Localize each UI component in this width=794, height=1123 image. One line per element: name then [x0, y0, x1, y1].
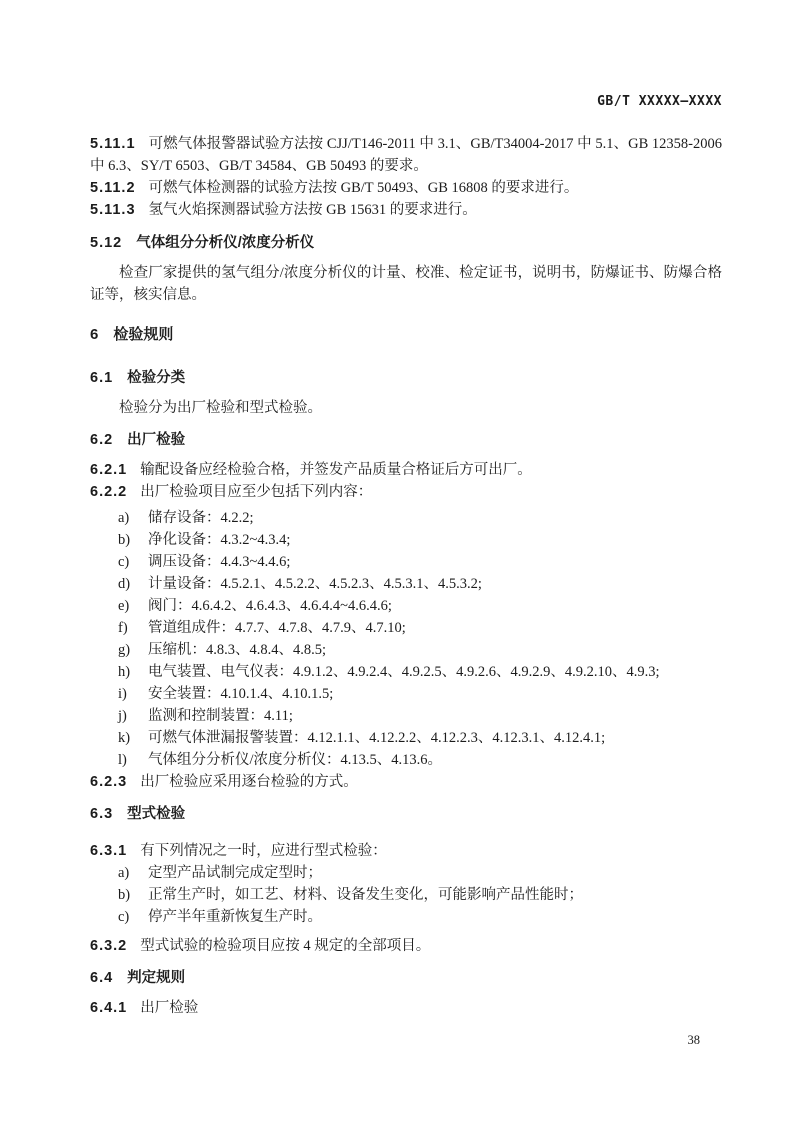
list-item: h)电气装置、电气仪表：4.9.1.2、4.9.2.4、4.9.2.5、4.9.…: [90, 661, 722, 683]
list-6-2-2: a)储存设备：4.2.2; b)净化设备：4.3.2~4.3.4; c)调压设备…: [90, 507, 722, 771]
heading-title: 型式检验: [127, 806, 185, 822]
clause-6-4-1: 6.4.1出厂检验: [90, 997, 722, 1019]
clause-text: 输配设备应经检验合格，并签发产品质量合格证后方可出厂。: [140, 462, 532, 478]
clause-number: 6.2.2: [90, 484, 127, 500]
list-6-3-1: a)定型产品试制完成定型时； b)正常生产时，如工艺、材料、设备发生变化，可能影…: [90, 862, 722, 928]
list-item: l)气体组分分析仪/浓度分析仪：4.13.5、4.13.6。: [90, 749, 722, 771]
list-item-text: 调压设备：4.4.3~4.4.6;: [148, 554, 290, 570]
clause-text: 出厂检验项目应至少包括下列内容：: [140, 484, 372, 500]
list-item-label: b): [118, 529, 148, 551]
heading-title: 气体组分分析仪/浓度分析仪: [136, 235, 314, 251]
clause-6-3-2: 6.3.2型式试验的检验项目应按 4 规定的全部项目。: [90, 935, 722, 957]
clause-number: 5.11.1: [90, 136, 136, 152]
clause-6-2-1: 6.2.1输配设备应经检验合格，并签发产品质量合格证后方可出厂。: [90, 459, 722, 481]
list-item-label: g): [118, 639, 148, 661]
list-item-label: e): [118, 595, 148, 617]
list-item-label: k): [118, 727, 148, 749]
list-item-label: d): [118, 573, 148, 595]
list-item-label: l): [118, 749, 148, 771]
heading-6-4: 6.4判定规则: [90, 967, 722, 989]
list-item: i)安全装置：4.10.1.4、4.10.1.5;: [90, 683, 722, 705]
list-item-label: h): [118, 661, 148, 683]
list-item: b)净化设备：4.3.2~4.3.4;: [90, 529, 722, 551]
paragraph-6-1: 检验分为出厂检验和型式检验。: [90, 397, 722, 419]
clause-number: 6.3.1: [90, 843, 127, 859]
list-item: d)计量设备：4.5.2.1、4.5.2.2、4.5.2.3、4.5.3.1、4…: [90, 573, 722, 595]
heading-6-3: 6.3型式检验: [90, 803, 722, 825]
heading-title: 判定规则: [127, 970, 185, 986]
clause-text: 出厂检验: [140, 1000, 198, 1016]
list-item-label: a): [118, 507, 148, 529]
list-item-text: 定型产品试制完成定型时；: [148, 865, 322, 881]
page-content: GB/T XXXXX—XXXX 5.11.1可燃气体报警器试验方法按 CJJ/T…: [90, 94, 722, 1019]
heading-6: 6检验规则: [90, 324, 722, 346]
heading-title: 检验分类: [127, 370, 185, 386]
clause-number: 5.11.2: [90, 180, 136, 196]
list-item-label: b): [118, 884, 148, 906]
clause-5-11-3: 5.11.3氢气火焰探测器试验方法按 GB 15631 的要求进行。: [90, 199, 722, 221]
clause-6-2-3: 6.2.3出厂检验应采用逐台检验的方式。: [90, 771, 722, 793]
heading-number: 6.4: [90, 970, 113, 986]
heading-title: 出厂检验: [127, 432, 185, 448]
clause-number: 6.2.1: [90, 462, 127, 478]
clause-number: 6.4.1: [90, 1000, 127, 1016]
list-item: j)监测和控制装置：4.11;: [90, 705, 722, 727]
clause-number: 6.2.3: [90, 774, 127, 790]
clause-6-3-1: 6.3.1有下列情况之一时，应进行型式检验：: [90, 840, 722, 862]
list-item-text: 安全装置：4.10.1.4、4.10.1.5;: [148, 686, 333, 702]
paragraph-5-12: 检查厂家提供的氢气组分/浓度分析仪的计量、校准、检定证书，说明书，防爆证书、防爆…: [90, 262, 722, 306]
list-item: c)调压设备：4.4.3~4.4.6;: [90, 551, 722, 573]
heading-6-1: 6.1检验分类: [90, 367, 722, 389]
page-number: 38: [688, 1033, 701, 1047]
list-item: k)可燃气体泄漏报警装置：4.12.1.1、4.12.2.2、4.12.2.3、…: [90, 727, 722, 749]
list-item-label: f): [118, 617, 148, 639]
list-item-text: 净化设备：4.3.2~4.3.4;: [148, 532, 290, 548]
doc-code-header: GB/T XXXXX—XXXX: [90, 94, 722, 110]
list-item-text: 正常生产时，如工艺、材料、设备发生变化，可能影响产品性能时；: [148, 887, 583, 903]
clause-number: 5.11.3: [90, 202, 136, 218]
heading-number: 6.1: [90, 370, 113, 386]
clause-text: 型式试验的检验项目应按 4 规定的全部项目。: [140, 938, 430, 954]
clause-text: 有下列情况之一时，应进行型式检验：: [140, 843, 387, 859]
heading-5-12: 5.12气体组分分析仪/浓度分析仪: [90, 232, 722, 254]
clause-text: 可燃气体检测器的试验方法按 GB/T 50493、GB 16808 的要求进行。: [149, 180, 579, 196]
list-item: a)定型产品试制完成定型时；: [90, 862, 722, 884]
list-item-label: c): [118, 551, 148, 573]
list-item-text: 储存设备：4.2.2;: [148, 510, 254, 526]
clause-5-11-1: 5.11.1可燃气体报警器试验方法按 CJJ/T146-2011 中 3.1、G…: [90, 133, 722, 177]
list-item: e)阀门：4.6.4.2、4.6.4.3、4.6.4.4~4.6.4.6;: [90, 595, 722, 617]
list-item-text: 压缩机：4.8.3、4.8.4、4.8.5;: [148, 642, 326, 658]
list-item-text: 监测和控制装置：4.11;: [148, 708, 293, 724]
heading-number: 5.12: [90, 235, 122, 251]
clause-text: 可燃气体报警器试验方法按 CJJ/T146-2011 中 3.1、GB/T340…: [90, 136, 722, 174]
heading-title: 检验规则: [113, 326, 173, 343]
list-item: a)储存设备：4.2.2;: [90, 507, 722, 529]
list-item-text: 停产半年重新恢复生产时。: [148, 909, 322, 925]
clause-text: 出厂检验应采用逐台检验的方式。: [140, 774, 358, 790]
list-item-text: 气体组分分析仪/浓度分析仪：4.13.5、4.13.6。: [148, 752, 442, 768]
heading-6-2: 6.2出厂检验: [90, 429, 722, 451]
list-item-label: c): [118, 906, 148, 928]
list-item-text: 电气装置、电气仪表：4.9.1.2、4.9.2.4、4.9.2.5、4.9.2.…: [148, 664, 660, 680]
list-item: b)正常生产时，如工艺、材料、设备发生变化，可能影响产品性能时；: [90, 884, 722, 906]
clause-6-2-2: 6.2.2出厂检验项目应至少包括下列内容：: [90, 481, 722, 503]
clause-5-11-2: 5.11.2可燃气体检测器的试验方法按 GB/T 50493、GB 16808 …: [90, 177, 722, 199]
list-item-label: i): [118, 683, 148, 705]
list-item-label: a): [118, 862, 148, 884]
list-item: c)停产半年重新恢复生产时。: [90, 906, 722, 928]
list-item-text: 可燃气体泄漏报警装置：4.12.1.1、4.12.2.2、4.12.2.3、4.…: [148, 730, 605, 746]
heading-number: 6.3: [90, 806, 113, 822]
list-item: g)压缩机：4.8.3、4.8.4、4.8.5;: [90, 639, 722, 661]
list-item-text: 计量设备：4.5.2.1、4.5.2.2、4.5.2.3、4.5.3.1、4.5…: [148, 576, 482, 592]
heading-number: 6: [90, 326, 99, 343]
list-item: f)管道组成件：4.7.7、4.7.8、4.7.9、4.7.10;: [90, 617, 722, 639]
clause-text: 氢气火焰探测器试验方法按 GB 15631 的要求进行。: [149, 202, 477, 218]
list-item-text: 管道组成件：4.7.7、4.7.8、4.7.9、4.7.10;: [148, 620, 406, 636]
clause-number: 6.3.2: [90, 938, 127, 954]
document-page: GB/T XXXXX—XXXX 5.11.1可燃气体报警器试验方法按 CJJ/T…: [0, 0, 794, 1123]
list-item-text: 阀门：4.6.4.2、4.6.4.3、4.6.4.4~4.6.4.6;: [148, 598, 392, 614]
list-item-label: j): [118, 705, 148, 727]
heading-number: 6.2: [90, 432, 113, 448]
